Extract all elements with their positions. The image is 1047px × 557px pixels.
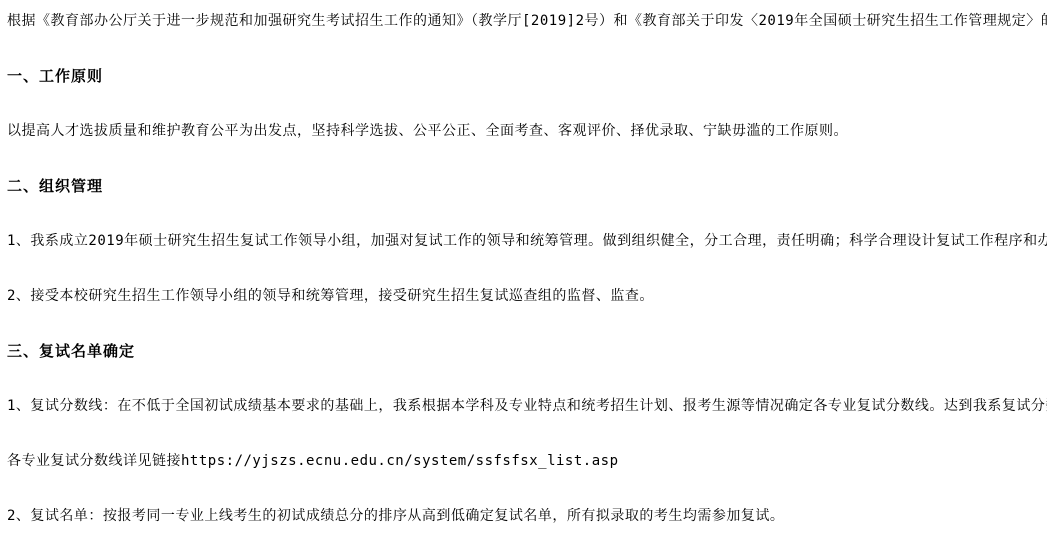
paragraph-reexam-list: 2、复试名单：按报考同一专业上线考生的初试成绩总分的排序从高到低确定复试名单，所… <box>7 489 1047 544</box>
paragraph-score-line-link: 各专业复试分数线详见链接https://yjszs.ecnu.edu.cn/sy… <box>7 434 1047 489</box>
heading-reexam-list-determination: 三、复试名单确定 <box>7 324 1047 379</box>
link-url-text: https://yjszs.ecnu.edu.cn/system/ssfsfsx… <box>181 453 619 469</box>
heading-work-principles: 一、工作原则 <box>7 49 1047 104</box>
paragraph-leading-group: 1、我系成立2019年硕士研究生招生复试工作领导小组，加强对复试工作的领导和统筹… <box>7 214 1047 269</box>
paragraph-reexam-score-line: 1、复试分数线：在不低于全国初试成绩基本要求的基础上，我系根据本学科及专业特点和… <box>7 379 1047 434</box>
score-line-link-label: 各专业复试分数线详见链接 <box>7 453 181 469</box>
heading-organization-management: 二、组织管理 <box>7 159 1047 214</box>
paragraph-supervision: 2、接受本校研究生招生工作领导小组的领导和统筹管理，接受研究生招生复试巡查组的监… <box>7 269 1047 324</box>
paragraph-work-principles: 以提高人才选拔质量和维护教育公平为出发点，坚持科学选拔、公平公正、全面考查、客观… <box>7 104 1047 159</box>
intro-citation-paragraph: 根据《教育部办公厅关于进一步规范和加强研究生考试招生工作的通知》（教学厅[201… <box>7 0 1047 49</box>
document-page: 根据《教育部办公厅关于进一步规范和加强研究生考试招生工作的通知》（教学厅[201… <box>0 0 1047 544</box>
